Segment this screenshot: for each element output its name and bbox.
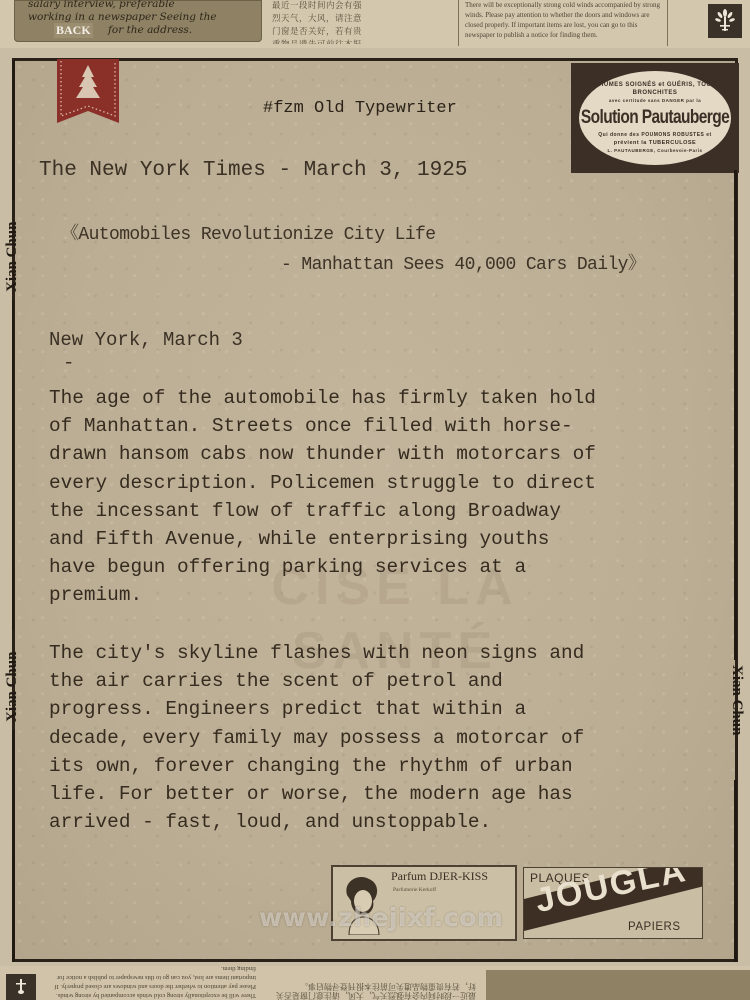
floral-emblem-icon[interactable]	[6, 974, 36, 1000]
chinese-news-column: 最近一段时间内会有强烈天气，大风，请注意门窗是否关好，若有贵重物品遗失可前往本报…	[272, 0, 370, 44]
article-paragraph-2: The city's skyline flashes with neon sig…	[49, 639, 729, 836]
note-card: salary interview, preferable working in …	[14, 0, 262, 42]
english-news-column: There will be exceptionally strong cold …	[458, 0, 668, 46]
parfum-advert: Parfum DJER-KISS Parfumerie Kerkoff	[331, 865, 517, 941]
parfum-title: Parfum DJER-KISS	[391, 869, 488, 884]
headline-line-2: - Manhattan Sees 40,000 Cars Daily》	[281, 249, 645, 275]
mirrored-chinese-column: 最近一段时间内会有强烈天气，大风，请注意门窗是否关好，若有贵重物品遗失可前往本报…	[276, 966, 476, 1000]
left-side-rule	[12, 730, 15, 962]
bottom-newspaper-strip: There will be exceptionally strong cold …	[0, 966, 750, 1000]
left-side-rule	[12, 60, 15, 200]
hashtag-title: #fzm Old Typewriter	[263, 99, 457, 118]
side-label-right: Xian Chun	[728, 665, 745, 735]
dateline-dash: -	[63, 352, 74, 374]
masthead: The New York Times - March 3, 1925	[39, 159, 467, 182]
side-label-left-lower: Xian Chun	[4, 652, 21, 722]
typewriter-paper: #fzm Old Typewriter RHUMES SOIGNÉS et GU…	[12, 58, 738, 962]
left-side-rule	[12, 300, 14, 630]
pautauberge-advert: RHUMES SOIGNÉS et GUÉRIS, TOUX BRONCHITE…	[571, 63, 739, 173]
jougla-advert: PLAQUES JOUGLA PAPIERS	[523, 867, 703, 939]
right-side-rule	[734, 170, 737, 660]
top-newspaper-strip: salary interview, preferable working in …	[0, 0, 750, 48]
dateline: New York, March 3	[49, 329, 243, 351]
back-button[interactable]: BACK	[54, 23, 93, 38]
mirrored-note-card	[486, 970, 750, 1000]
right-side-rule	[734, 780, 737, 962]
bookmark-ribbon[interactable]	[55, 59, 121, 125]
floral-emblem-icon[interactable]	[708, 4, 742, 38]
mirrored-english-column: There will be exceptionally strong cold …	[46, 966, 256, 1000]
article-paragraph-1: The age of the automobile has firmly tak…	[49, 384, 729, 610]
advert-brand: Solution Pautauberge	[581, 106, 729, 131]
headline-line-1: 《Automobiles Revolutionize City Life	[61, 219, 435, 245]
lady-portrait-icon	[339, 873, 385, 935]
side-label-left-upper: Xian Chun	[4, 222, 21, 292]
